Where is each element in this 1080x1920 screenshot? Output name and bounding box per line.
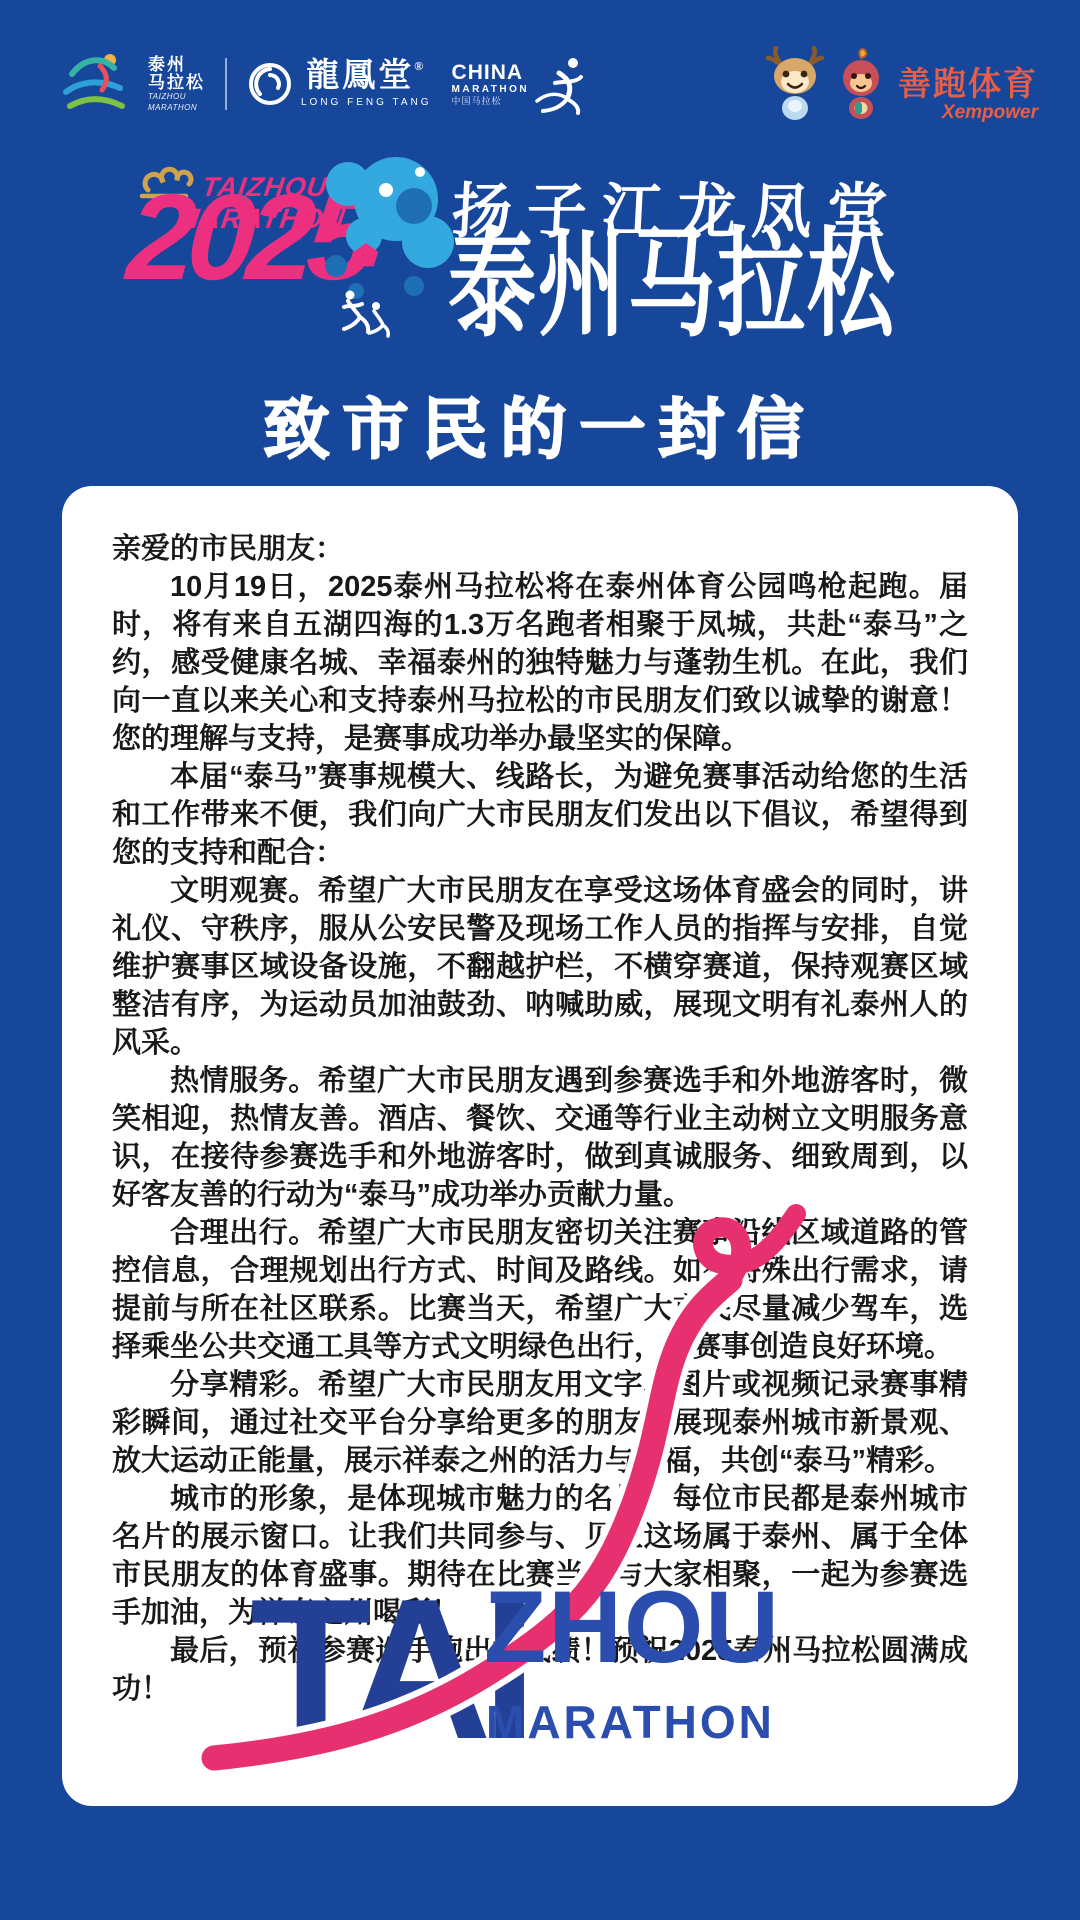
taizhou-emblem-text: 泰州 马拉松 TAIZHOU MARATHON	[148, 56, 205, 112]
china-marathon-logo: CHINA MARATHON 中国马拉松	[452, 53, 586, 115]
longfengtang-en: LONG FENG TANG	[301, 98, 432, 108]
letter-paragraph: 本届“泰马”赛事规模大、线路长，为避免赛事活动给您的生活和工作带来不便，我们向广…	[112, 758, 968, 872]
china-marathon-text: CHINA MARATHON 中国马拉松	[452, 62, 530, 106]
longfengtang-text: 龍鳳堂® LONG FENG TANG	[301, 60, 432, 108]
letter-paragraph: 10月19日，2025泰州马拉松将在泰州体育公园鸣枪起跑。届时，将有来自五湖四海…	[112, 568, 968, 758]
runner-silhouettes-icon	[336, 288, 392, 340]
wordmark-marathon: MARATHON	[486, 1696, 775, 1748]
letter-card: 亲爱的市民朋友： 10月19日，2025泰州马拉松将在泰州体育公园鸣枪起跑。届时…	[62, 486, 1018, 1806]
china-marathon-runner-icon	[533, 53, 585, 115]
mascot-phoenix-icon	[836, 46, 886, 122]
china-marathon-line2: MARATHON	[452, 85, 530, 95]
letter-paragraph: 文明观赛。希望广大市民朋友在享受这场体育盛会的同时，讲礼仪、守秩序，服从公安民警…	[112, 872, 968, 1062]
xempower-en: Xempower	[942, 103, 1038, 122]
letter-salutation: 亲爱的市民朋友：	[112, 530, 968, 568]
hero-title-line2: 泰州马拉松	[448, 226, 897, 344]
xempower-cn: 善跑体育	[898, 67, 1038, 100]
letter-paragraph: 热情服务。希望广大市民朋友遇到参赛选手和外地游客时，微笑相迎，热情友善。酒店、餐…	[112, 1062, 968, 1214]
emblem-en-line2: MARATHON	[148, 104, 205, 112]
marathon-letter-poster: 泰州 马拉松 TAIZHOU MARATHON 龍鳳堂® LONG FENG T…	[0, 0, 1080, 1920]
longfengtang-cn: 龍鳳堂®	[306, 60, 426, 93]
longfengtang-name: 龍鳳堂	[306, 58, 414, 94]
xempower-logo: 善跑体育 Xempower	[898, 67, 1038, 122]
sponsor-logo-bar: 泰州 马拉松 TAIZHOU MARATHON 龍鳳堂® LONG FENG T…	[58, 42, 1038, 126]
page-title: 致市民的一封信	[0, 376, 1080, 471]
ribbon-curl	[703, 1214, 796, 1280]
longfengtang-swirl-icon	[247, 61, 293, 107]
taizhou-marathon-wordmark: TAI ZHOU MARATHON	[154, 1198, 854, 1798]
logo-divider	[225, 58, 227, 110]
hero-logo-block: TAIZHOU MARATHON 2025 扬子江龙凤堂 泰州马拉松	[0, 128, 1080, 380]
taizhou-runner-icon	[58, 48, 128, 120]
right-logo-group: 善跑体育 Xempower	[766, 46, 1038, 122]
registered-mark: ®	[414, 59, 426, 73]
wordmark-zhou: ZHOU	[484, 1570, 781, 1684]
longfengtang-logo: 龍鳳堂® LONG FENG TANG	[247, 60, 432, 108]
mascot-deer-icon	[766, 46, 824, 122]
emblem-cn-line1: 泰州	[148, 56, 205, 74]
left-logo-group: 泰州 马拉松 TAIZHOU MARATHON 龍鳳堂® LONG FENG T…	[58, 48, 585, 120]
china-marathon-line1: CHINA	[452, 62, 524, 83]
emblem-cn-line2: 马拉松	[148, 74, 205, 92]
china-marathon-cn: 中国马拉松	[452, 97, 502, 106]
emblem-en-line1: TAIZHOU	[148, 93, 205, 101]
